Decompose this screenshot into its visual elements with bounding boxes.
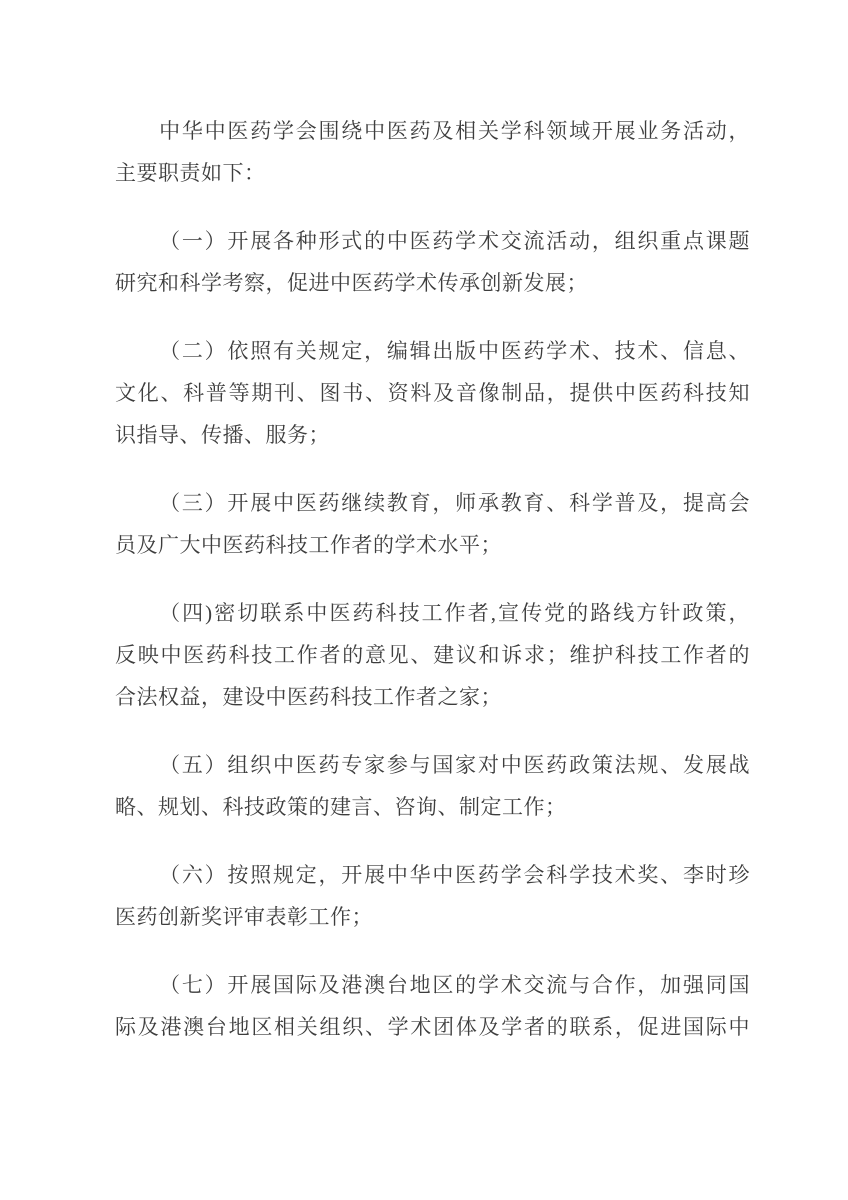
text-line: （四)密切联系中医药科技工作者,宣传党的路线方针政策， [115,592,750,634]
paragraph-item-3: （三）开展中医药继续教育，师承教育、科学普及，提高会 员及广大中医药科技工作者的… [115,482,750,566]
text-line: 识指导、传播、服务； [115,414,750,456]
paragraph-item-2: （二）依照有关规定，编辑出版中医药学术、技术、信息、 文化、科普等期刊、图书、资… [115,330,750,456]
text-line: 合法权益，建设中医药科技工作者之家； [115,676,750,718]
text-line: （二）依照有关规定，编辑出版中医药学术、技术、信息、 [115,330,750,372]
text-line: （五）组织中医药专家参与国家对中医药政策法规、发展战 [115,744,750,786]
text-line: 主要职责如下： [115,152,750,194]
paragraph-item-1: （一）开展各种形式的中医药学术交流活动，组织重点课题 研究和科学考察，促进中医药… [115,220,750,304]
text-line: （七）开展国际及港澳台地区的学术交流与合作，加强同国 [115,964,750,1006]
text-line: 略、规划、科技政策的建言、咨询、制定工作； [115,786,750,828]
paragraph-intro: 中华中医药学会围绕中医药及相关学科领域开展业务活动， 主要职责如下： [115,110,750,194]
text-line: 研究和科学考察，促进中医药学术传承创新发展； [115,262,750,304]
paragraph-item-7: （七）开展国际及港澳台地区的学术交流与合作，加强同国 际及港澳台地区相关组织、学… [115,964,750,1048]
text-line: 文化、科普等期刊、图书、资料及音像制品，提供中医药科技知 [115,372,750,414]
text-line: （六）按照规定，开展中华中医药学会科学技术奖、李时珍 [115,854,750,896]
text-line: 际及港澳台地区相关组织、学术团体及学者的联系，促进国际中 [115,1006,750,1048]
text-line: （三）开展中医药继续教育，师承教育、科学普及，提高会 [115,482,750,524]
paragraph-item-5: （五）组织中医药专家参与国家对中医药政策法规、发展战 略、规划、科技政策的建言、… [115,744,750,828]
text-line: 员及广大中医药科技工作者的学术水平； [115,524,750,566]
text-line: （一）开展各种形式的中医药学术交流活动，组织重点课题 [115,220,750,262]
paragraph-item-4: （四)密切联系中医药科技工作者,宣传党的路线方针政策， 反映中医药科技工作者的意… [115,592,750,718]
paragraph-item-6: （六）按照规定，开展中华中医药学会科学技术奖、李时珍 医药创新奖评审表彰工作； [115,854,750,938]
document-page: 中华中医药学会围绕中医药及相关学科领域开展业务活动， 主要职责如下： （一）开展… [0,0,848,1200]
text-line: 反映中医药科技工作者的意见、建议和诉求；维护科技工作者的 [115,634,750,676]
text-line: 中华中医药学会围绕中医药及相关学科领域开展业务活动， [115,110,750,152]
text-line: 医药创新奖评审表彰工作； [115,896,750,938]
